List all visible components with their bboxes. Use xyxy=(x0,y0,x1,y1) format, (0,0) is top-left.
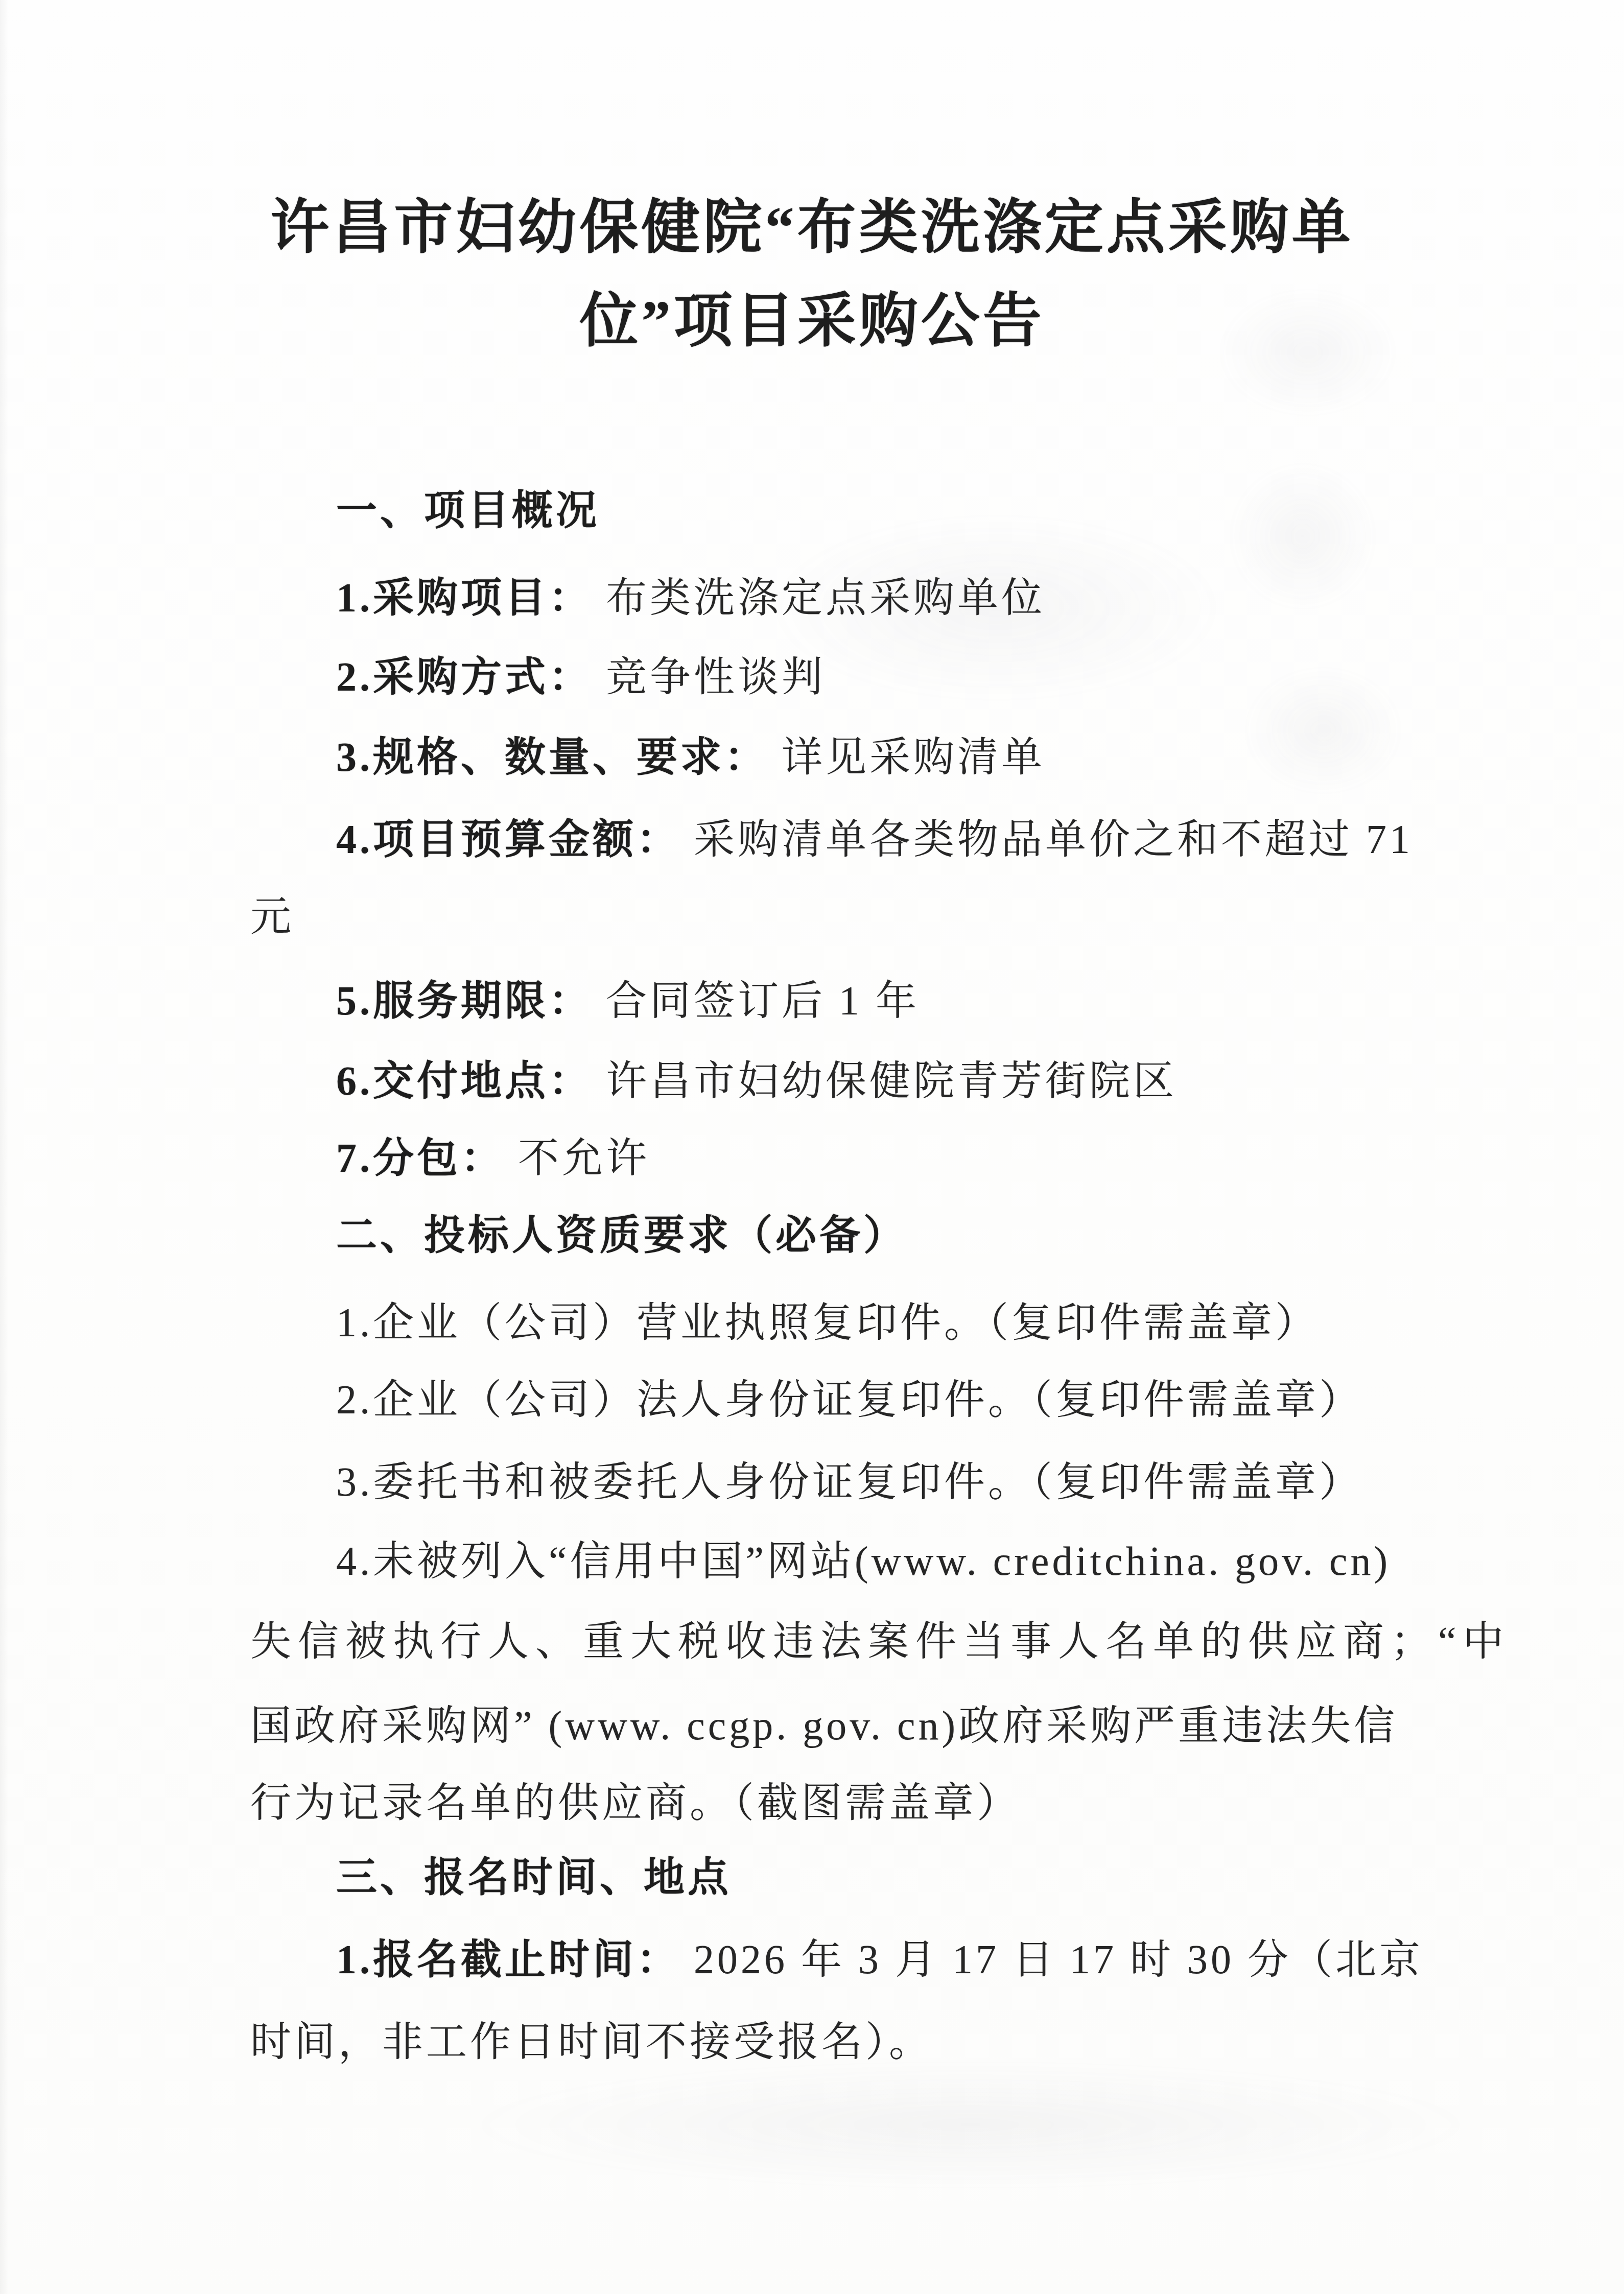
item-service-period: 5.服务期限： 合同签订后 1 年 xyxy=(336,961,920,1042)
bleed-through-smudge xyxy=(1226,460,1379,613)
document-title-line-1: 许昌市妇幼保健院“布类洗涤定点采购单 xyxy=(0,180,1624,264)
item-procurement-project-text: 布类洗涤定点采购单位 xyxy=(606,576,1045,621)
item-budget-amount-text: 采购清单各类物品单价之和不超过 71 xyxy=(694,817,1413,862)
item-registration-deadline-continuation: 时间，非工作日时间不接受报名）。 xyxy=(250,2020,933,2065)
item-subcontracting: 7.分包： 不允许 xyxy=(336,1119,650,1199)
qualification-item-4-line-2: 失信被执行人、重大税收违法案件当事人名单的供应商；“中 xyxy=(250,1602,1511,1682)
item-registration-deadline-label: 1.报名截止时间： xyxy=(336,1937,680,1982)
item-subcontracting-text: 不允许 xyxy=(518,1136,650,1181)
item-budget-amount-continuation: 元 xyxy=(250,894,294,939)
item-procurement-project: 1.采购项目： 布类洗涤定点采购单位 xyxy=(336,558,1045,638)
scanned-document-page: 许昌市妇幼保健院“布类洗涤定点采购单 位”项目采购公告 一、项目概况 1.采购项… xyxy=(0,0,1624,2294)
item-registration-deadline-line-2: 时间，非工作日时间不接受报名）。 xyxy=(250,2002,933,2083)
qualification-item-4-line-3: 国政府采购网” (www. ccgp. gov. cn)政府采购严重违法失信 xyxy=(250,1686,1398,1766)
item-procurement-method: 2.采购方式： 竞争性谈判 xyxy=(336,637,826,718)
qualification-item-3: 3.委托书和被委托人身份证复印件。（复印件需盖章） xyxy=(336,1442,1363,1523)
item-delivery-location: 6.交付地点： 许昌市妇幼保健院青芳街院区 xyxy=(336,1042,1177,1122)
item-subcontracting-label: 7.分包： xyxy=(336,1136,505,1181)
section-heading-2: 二、投标人资质要求（必备） xyxy=(336,1196,907,1276)
item-budget-amount-line-1: 4.项目预算金额： 采购清单各类物品单价之和不超过 71 xyxy=(336,800,1413,880)
item-spec-quantity-requirements-text: 详见采购清单 xyxy=(782,735,1045,780)
qualification-item-4-line-1: 4.未被列入“信用中国”网站(www. creditchina. gov. cn… xyxy=(336,1522,1391,1602)
item-registration-deadline-text: 2026 年 3 月 17 日 17 时 30 分（北京 xyxy=(694,1937,1423,1982)
qualification-item-1: 1.企业（公司）营业执照复印件。（复印件需盖章） xyxy=(336,1283,1319,1363)
item-procurement-method-label: 2.采购方式： xyxy=(336,655,593,700)
item-service-period-text: 合同签订后 1 年 xyxy=(606,979,920,1024)
item-delivery-location-label: 6.交付地点： xyxy=(336,1059,593,1104)
item-budget-amount-line-2: 元 xyxy=(250,877,294,957)
section-heading-3: 三、报名时间、地点 xyxy=(336,1838,732,1918)
item-service-period-label: 5.服务期限： xyxy=(336,979,593,1024)
item-budget-amount-label: 4.项目预算金额： xyxy=(336,817,680,862)
qualification-item-4-line-4: 行为记录名单的供应商。（截图需盖章） xyxy=(250,1763,1021,1843)
item-procurement-method-text: 竞争性谈判 xyxy=(606,655,826,700)
document-title-line-2: 位”项目采购公告 xyxy=(0,273,1624,358)
item-delivery-location-text: 许昌市妇幼保健院青芳街院区 xyxy=(606,1059,1177,1104)
item-registration-deadline-line-1: 1.报名截止时间： 2026 年 3 月 17 日 17 时 30 分（北京 xyxy=(336,1920,1423,2000)
item-spec-quantity-requirements-label: 3.规格、数量、要求： xyxy=(336,735,768,780)
qualification-item-2: 2.企业（公司）法人身份证复印件。（复印件需盖章） xyxy=(336,1360,1363,1440)
section-heading-1: 一、项目概况 xyxy=(336,471,600,551)
item-spec-quantity-requirements: 3.规格、数量、要求： 详见采购清单 xyxy=(336,718,1045,798)
bleed-through-smudge xyxy=(1241,664,1405,797)
item-procurement-project-label: 1.采购项目： xyxy=(336,576,593,621)
